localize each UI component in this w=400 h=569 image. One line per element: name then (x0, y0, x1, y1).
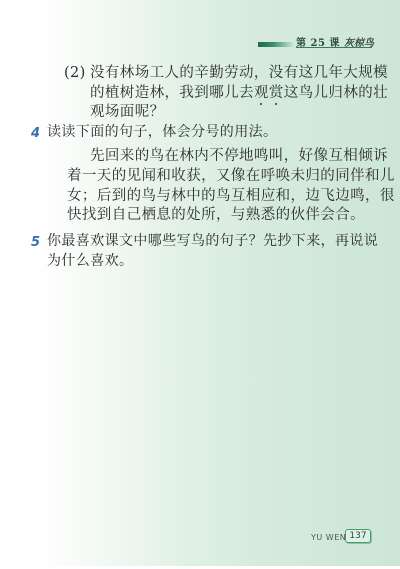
question-2-line-3: 观场面呢？ (90, 103, 165, 123)
page-number-badge: 137 (345, 529, 371, 543)
page-header: 第 25 课 灰椋鸟 (258, 34, 374, 50)
line-2-part-b: 这鸟儿归林的壮 (284, 85, 388, 101)
passage-line: 着一天的见闻和收获，又像在呼唤未归的同伴和儿 (67, 167, 395, 187)
exercise-4-prompt: 读读下面的句子，体会分号的用法。 (47, 123, 277, 143)
question-2-line-1: 没有林场工人的辛勤劳动，没有这几年大规模 (90, 64, 388, 84)
footer-subject-label: YU WEN (311, 533, 346, 542)
emphasis-dot-char: 赏 (269, 85, 284, 101)
passage-line: 快找到自己栖息的处所，与熟悉的伙伴会合。 (67, 206, 365, 226)
exercise-4-number: 4 (31, 126, 40, 141)
header-underline (296, 47, 372, 48)
line-2-part-a: 的植树造林，我到哪儿去 (90, 85, 254, 101)
header-decorative-bar (258, 42, 294, 47)
passage-line: 先回来的鸟在林内不停地鸣叫，好像互相倾诉 (90, 147, 388, 167)
passage-line: 女；后到的鸟与林中的鸟互相应和，边飞边鸣，很 (67, 187, 395, 207)
emphasis-dot-char: 观 (254, 85, 269, 101)
question-2-line-2: 的植树造林，我到哪儿去观赏这鸟儿归林的壮 (90, 84, 388, 104)
exercise-5-number: 5 (31, 235, 40, 250)
question-2-number: (2) (64, 64, 86, 84)
exercise-5-line-2: 为什么喜欢。 (47, 252, 133, 272)
exercise-5-line-1: 你最喜欢课文中哪些写鸟的句子？先抄下来，再说说 (47, 232, 378, 252)
